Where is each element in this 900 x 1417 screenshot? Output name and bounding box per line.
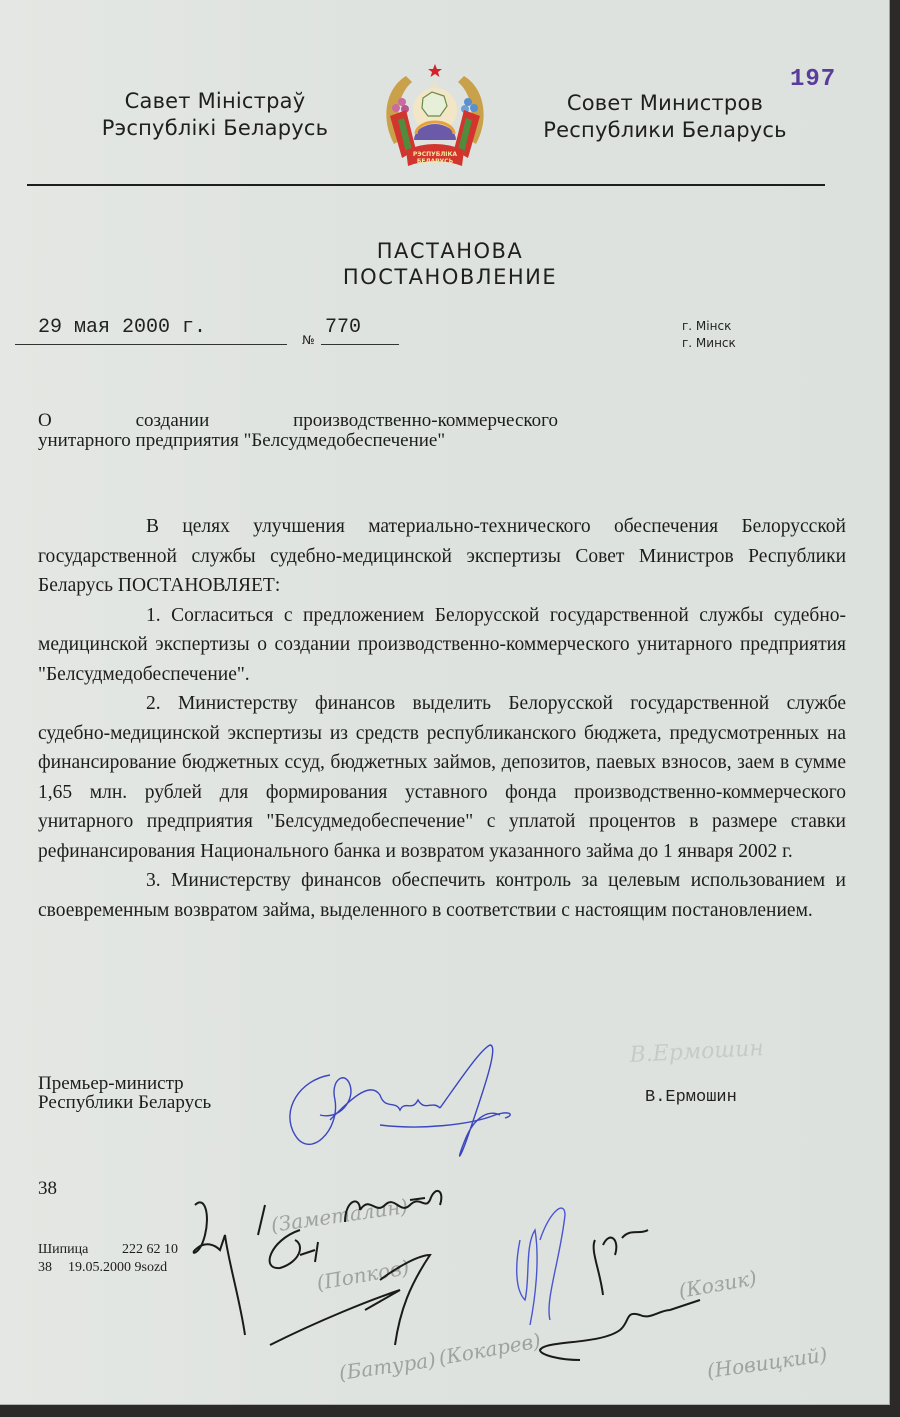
- document-date: 29 мая 2000 г.: [38, 316, 206, 339]
- subject-word: производственно-коммерческого: [293, 411, 558, 431]
- subject-word: О: [38, 411, 52, 431]
- subject-line2: унитарного предприятия "Белсудмедобеспеч…: [38, 431, 558, 451]
- preamble-paragraph: В целях улучшения материально-техническо…: [38, 512, 846, 601]
- resolution-item-3: 3. Министерству финансов обеспечить конт…: [38, 866, 846, 925]
- letterhead-russian: Совет Министров Республики Беларусь: [515, 90, 815, 144]
- signatory-title-line2: Республики Беларусь: [38, 1093, 211, 1112]
- executor-footer: Шипица222 62 10 3819.05.2000 9sozd: [38, 1241, 178, 1277]
- letterhead-by-line1: Савет Міністраў: [60, 88, 370, 115]
- letterhead-ru-line2: Республики Беларусь: [515, 117, 815, 144]
- number-sign: №: [302, 333, 314, 347]
- letterhead-belarusian: Савет Міністраў Рэспублікі Беларусь: [60, 88, 370, 142]
- state-emblem-icon: РЭСПУБЛІКА БЕЛАРУСЬ: [376, 58, 494, 172]
- copies-count: 38: [38, 1259, 68, 1277]
- page-count: 38: [38, 1178, 57, 1200]
- file-name: 9sozd: [135, 1259, 168, 1277]
- resolution-item-2: 2. Министерству финансов выделить Белору…: [38, 689, 846, 866]
- subject-line1: О создании производственно-коммерческого: [38, 411, 558, 431]
- city-ru: г. Минск: [682, 335, 736, 352]
- resolution-item-1: 1. Согласиться с предложением Белорусско…: [38, 601, 846, 690]
- signatory-name: В.Ермошин: [645, 1088, 737, 1107]
- subject-word: создании: [136, 411, 210, 431]
- svg-text:БЕЛАРУСЬ: БЕЛАРУСЬ: [417, 158, 454, 165]
- file-date: 19.05.2000: [68, 1259, 131, 1277]
- document-number: 770: [325, 316, 361, 339]
- document-type-by: ПАСТАНОВА: [250, 238, 650, 264]
- document-type-ru: ПОСТАНОВЛЕНИЕ: [250, 264, 650, 290]
- document-subject: О создании производственно-коммерческого…: [38, 411, 558, 451]
- city-by: г. Мінск: [682, 318, 736, 335]
- archive-page-stamp: 197: [790, 66, 836, 93]
- executor-line: Шипица222 62 10: [38, 1241, 178, 1259]
- executor-phone: 222 62 10: [122, 1241, 178, 1259]
- number-underline: [321, 344, 399, 345]
- city: г. Мінск г. Минск: [682, 318, 736, 352]
- document-body: В целях улучшения материально-техническо…: [38, 512, 846, 925]
- letterhead-ru-line1: Совет Министров: [515, 90, 815, 117]
- document-type: ПАСТАНОВА ПОСТАНОВЛЕНИЕ: [250, 238, 650, 290]
- letterhead-divider: [27, 184, 825, 186]
- executor-name: Шипица: [38, 1241, 122, 1259]
- signatory-title-line1: Премьер-министр: [38, 1074, 211, 1093]
- signatory-title: Премьер-министр Республики Беларусь: [38, 1074, 211, 1112]
- letterhead-by-line2: Рэспублікі Беларусь: [60, 115, 370, 142]
- svg-text:РЭСПУБЛІКА: РЭСПУБЛІКА: [413, 151, 458, 158]
- date-underline: [15, 344, 287, 345]
- file-line: 3819.05.2000 9sozd: [38, 1259, 178, 1277]
- document-page: Савет Міністраў Рэспублікі Беларусь: [0, 0, 890, 1405]
